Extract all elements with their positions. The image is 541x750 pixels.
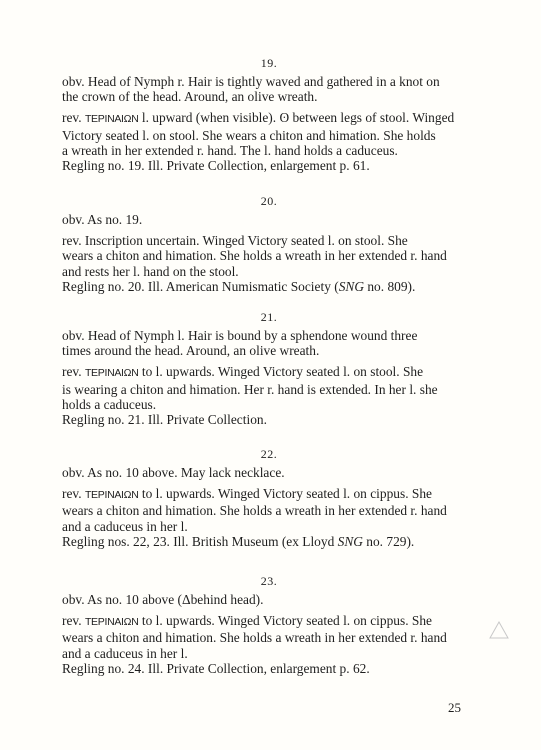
reverse-line: wears a chiton and himation. She holds a…	[62, 503, 476, 518]
rev-label: rev.	[62, 110, 82, 125]
rev-label: rev.	[62, 364, 82, 379]
obverse-line: obv. Head of Nymph l. Hair is bound by a…	[62, 328, 476, 343]
reverse-line: is wearing a chiton and himation. Her r.…	[62, 382, 476, 397]
reference-text: no. 809).	[364, 279, 415, 294]
reverse-line: rev. Inscription uncertain. Winged Victo…	[62, 233, 476, 248]
entry-number: 22.	[62, 447, 476, 461]
rev-label: rev.	[62, 486, 82, 501]
obverse-line: the crown of the head. Around, an olive …	[62, 89, 476, 104]
reverse-text: to l. upwards. Winged Victory seated l. …	[139, 486, 432, 501]
reverse-text: Inscription uncertain. Winged Victory se…	[82, 233, 408, 248]
entry-number: 20.	[62, 194, 476, 208]
reverse-text: to l. upwards. Winged Victory seated l. …	[139, 364, 424, 379]
entry-number: 21.	[62, 310, 476, 324]
reverse-line: holds a caduceus.	[62, 397, 476, 412]
reference-text: Regling nos. 22, 23. Ill. British Museum…	[62, 534, 338, 549]
entry-19: 19. obv. Head of Nymph r. Hair is tightl…	[62, 56, 476, 173]
reference-line: Regling no. 19. Ill. Private Collection,…	[62, 158, 476, 173]
reverse-line: rev. ΤΕΡΙΝΑΙΩΝ l. upward (when visible).…	[62, 110, 476, 127]
obverse-line: obv. As no. 10 above. May lack necklace.	[62, 465, 476, 480]
obverse-line: obv. As no. 10 above (Δbehind head).	[62, 592, 476, 607]
inscription: ΤΕΡΙΝΑΙΩΝ	[85, 489, 139, 501]
reference-line: Regling nos. 22, 23. Ill. British Museum…	[62, 534, 476, 549]
entry-number: 23.	[62, 574, 476, 588]
reference-italic: SNG	[339, 279, 364, 294]
entry-21: 21. obv. Head of Nymph l. Hair is bound …	[62, 310, 476, 427]
reverse-line: rev. ΤΕΡΙΝΑΙΩΝ to l. upwards. Winged Vic…	[62, 486, 476, 503]
reference-text: no. 729).	[363, 534, 414, 549]
reverse-line: a wreath in her extended r. hand. The l.…	[62, 143, 476, 158]
rev-label: rev.	[62, 613, 82, 628]
obverse-line: obv. Head of Nymph r. Hair is tightly wa…	[62, 74, 476, 89]
reverse-line: wears a chiton and himation. She holds a…	[62, 248, 476, 263]
reverse-line: rev. ΤΕΡΙΝΑΙΩΝ to l. upwards. Winged Vic…	[62, 613, 476, 630]
reverse-line: wears a chiton and himation. She holds a…	[62, 630, 476, 645]
reference-line: Regling no. 21. Ill. Private Collection.	[62, 412, 476, 427]
entry-23: 23. obv. As no. 10 above (Δbehind head).…	[62, 574, 476, 676]
rev-label: rev.	[62, 233, 82, 248]
triangle-mark-icon	[488, 620, 510, 640]
reference-line: Regling no. 24. Ill. Private Collection,…	[62, 661, 476, 676]
reverse-line: and rests her l. hand on the stool.	[62, 264, 476, 279]
obverse-line: obv. As no. 19.	[62, 212, 476, 227]
reverse-line: rev. ΤΕΡΙΝΑΙΩΝ to l. upwards. Winged Vic…	[62, 364, 476, 381]
reverse-line: Victory seated l. on stool. She wears a …	[62, 128, 476, 143]
inscription: ΤΕΡΙΝΑΙΩΝ	[85, 113, 139, 125]
reverse-text: l. upward (when visible). ʘ between legs…	[139, 110, 455, 125]
page-number: 25	[448, 700, 461, 716]
reverse-line: and a caduceus in her l.	[62, 646, 476, 661]
reference-text: Regling no. 20. Ill. American Numismatic…	[62, 279, 339, 294]
entry-22: 22. obv. As no. 10 above. May lack neckl…	[62, 447, 476, 549]
obverse-line: times around the head. Around, an olive …	[62, 343, 476, 358]
reverse-text: to l. upwards. Winged Victory seated l. …	[139, 613, 432, 628]
entry-number: 19.	[62, 56, 476, 70]
reference-line: Regling no. 20. Ill. American Numismatic…	[62, 279, 476, 294]
inscription: ΤΕΡΙΝΑΙΩΝ	[85, 616, 139, 628]
reverse-line: and a caduceus in her l.	[62, 519, 476, 534]
reference-italic: SNG	[338, 534, 363, 549]
entry-20: 20. obv. As no. 19. rev. Inscription unc…	[62, 194, 476, 294]
inscription: ΤΕΡΙΝΑΙΩΝ	[85, 367, 139, 379]
